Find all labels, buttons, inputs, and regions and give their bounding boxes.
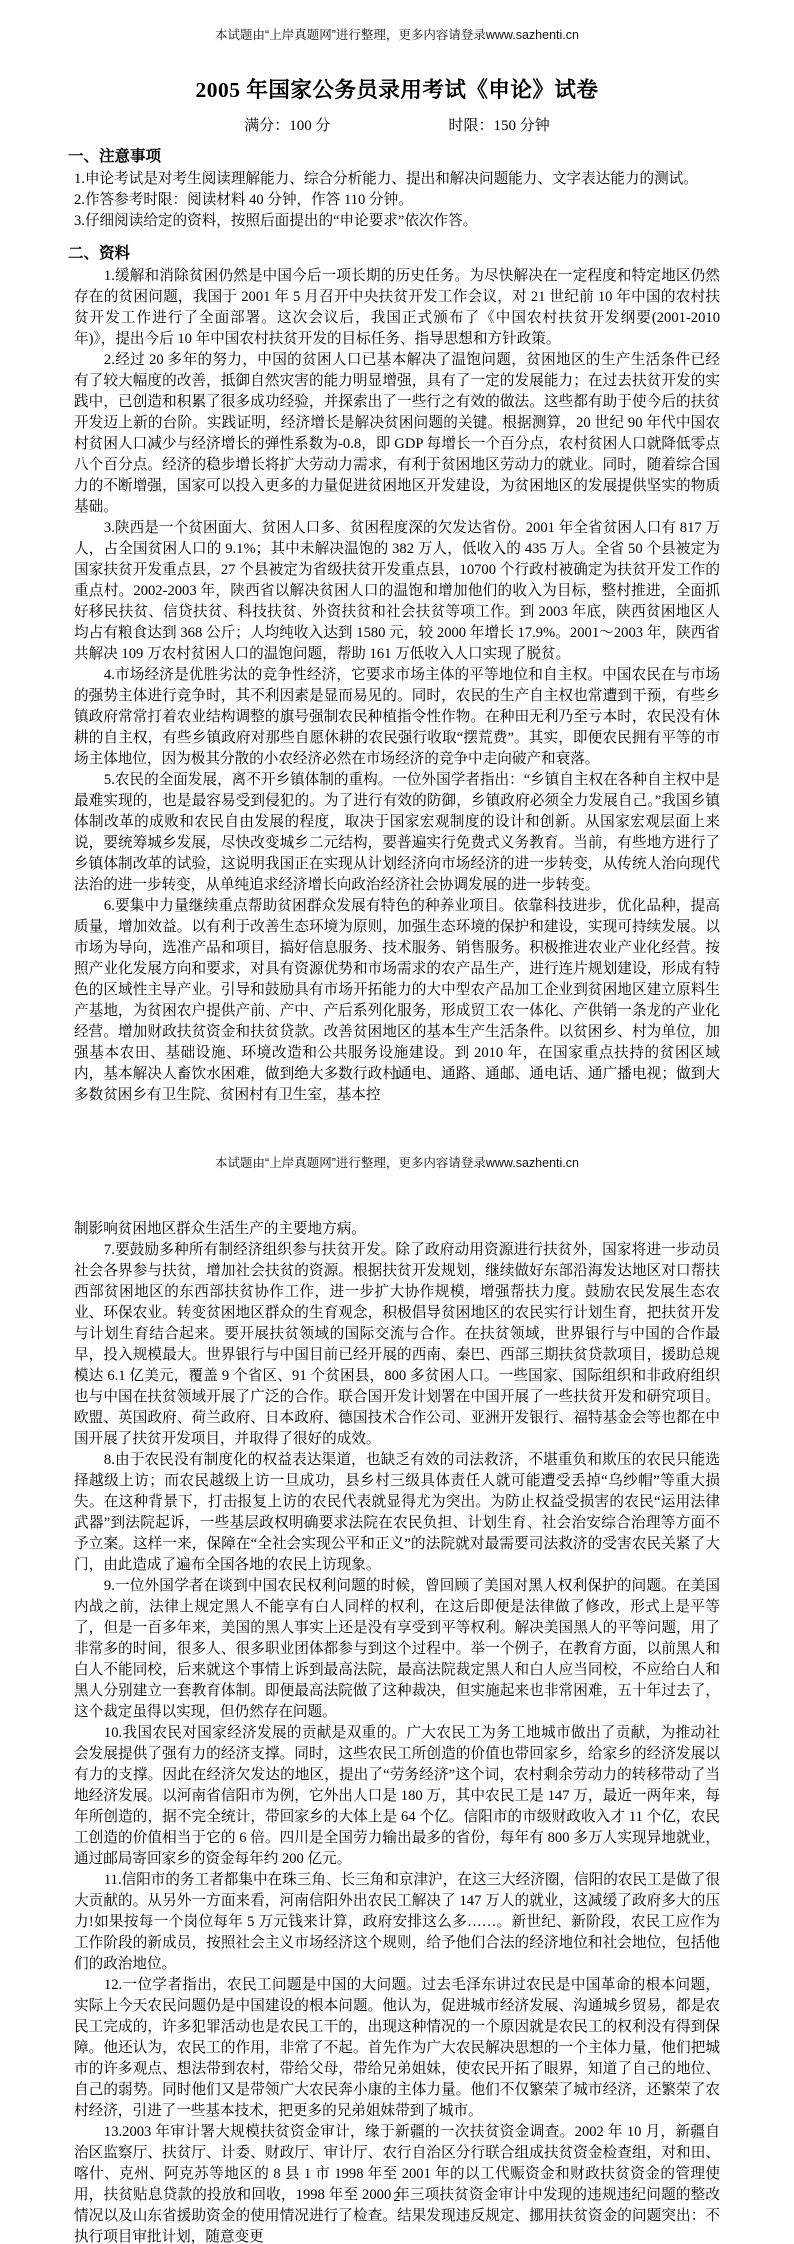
page-number-2: 2 bbox=[0, 2190, 794, 2206]
page-2: 本试题由“上岸真题网”进行整理，更多内容请登录www.sazhenti.cn 制… bbox=[0, 1122, 794, 2244]
watermark-header: 本试题由“上岸真题网”进行整理，更多内容请登录www.sazhenti.cn bbox=[74, 1122, 720, 1171]
material-paragraph-13: 13.2003 年审计署大规模扶贫资金审计，缘于新疆的一次扶贫资金调查。2002… bbox=[74, 2122, 720, 2244]
notice-item-2: 2.作答参考时限：阅读材料 40 分钟，作答 110 分钟。 bbox=[74, 190, 720, 211]
notice-item-3: 3.仔细阅读给定的资料，按照后面提出的“申论要求”依次作答。 bbox=[74, 211, 720, 232]
material-paragraph-3: 3.陕西是一个贫困面大、贫困人口多、贫困程度深的欠发达省份。2001 年全省贫困… bbox=[74, 518, 720, 665]
material-paragraph-5: 5.农民的全面发展，离不开乡镇体制的重构。一位外国学者指出：“乡镇自主权在各种自… bbox=[74, 770, 720, 896]
material-paragraph-12: 12.一位学者指出，农民工问题是中国的大问题。过去毛泽东讲过农民是中国革命的根本… bbox=[74, 1975, 720, 2122]
watermark-header: 本试题由“上岸真题网”进行整理，更多内容请登录www.sazhenti.cn bbox=[74, 0, 720, 43]
page-1: 本试题由“上岸真题网”进行整理，更多内容请登录www.sazhenti.cn 2… bbox=[0, 0, 794, 1122]
document-title: 2005 年国家公务员录用考试《申论》试卷 bbox=[74, 73, 720, 104]
material-paragraph-1: 1.缓解和消除贫困仍然是中国今后一项长期的历史任务。为尽快解决在一定程度和特定地… bbox=[74, 266, 720, 350]
material-paragraph-9: 9.一位外国学者在谈到中国农民权利问题的时候，曾回顾了美国对黑人权利保护的问题。… bbox=[74, 1576, 720, 1723]
notice-section-heading: 一、注意事项 bbox=[68, 144, 720, 166]
material-paragraph-10: 10.我国农民对国家经济发展的贡献是双重的。广大农民工为务工地城市做出了贡献，为… bbox=[74, 1723, 720, 1870]
material-paragraph-11: 11.信阳市的务工者都集中在珠三角、长三角和京津沪，在这三大经济圈，信阳的农民工… bbox=[74, 1870, 720, 1975]
material-paragraph-8: 8.由于农民没有制度化的权益表达渠道，也缺乏有效的司法救济，不堪重负和欺压的农民… bbox=[74, 1450, 720, 1576]
material-paragraph-6-continuation: 制影响贫困地区群众生活生产的主要地方病。 bbox=[74, 1219, 720, 1240]
material-paragraph-2: 2.经过 20 多年的努力，中国的贫困人口已基本解决了温饱问题，贫困地区的生产生… bbox=[74, 350, 720, 518]
time-limit-label: 时限：150 分钟 bbox=[449, 114, 550, 135]
notice-item-1: 1.申论考试是对考生阅读理解能力、综合分析能力、提出和解决问题能力、文字表达能力… bbox=[74, 169, 720, 190]
exam-meta-row: 满分：100 分 时限：150 分钟 bbox=[74, 114, 720, 135]
full-score-label: 满分：100 分 bbox=[244, 114, 330, 135]
exam-document: { "watermark": "本试题由“上岸真题网”进行整理，更多内容请登录w… bbox=[0, 0, 794, 2244]
material-paragraph-4: 4.市场经济是优胜劣汰的竞争性经济，它要求市场主体的平等地位和自主权。中国农民在… bbox=[74, 665, 720, 770]
material-paragraph-7: 7.要鼓励多种所有制经济组织参与扶贫开发。除了政府动用资源进行扶贫外，国家将进一… bbox=[74, 1240, 720, 1450]
material-section-heading: 二、资料 bbox=[68, 241, 720, 263]
page-number-1: 1 bbox=[0, 1068, 794, 1084]
